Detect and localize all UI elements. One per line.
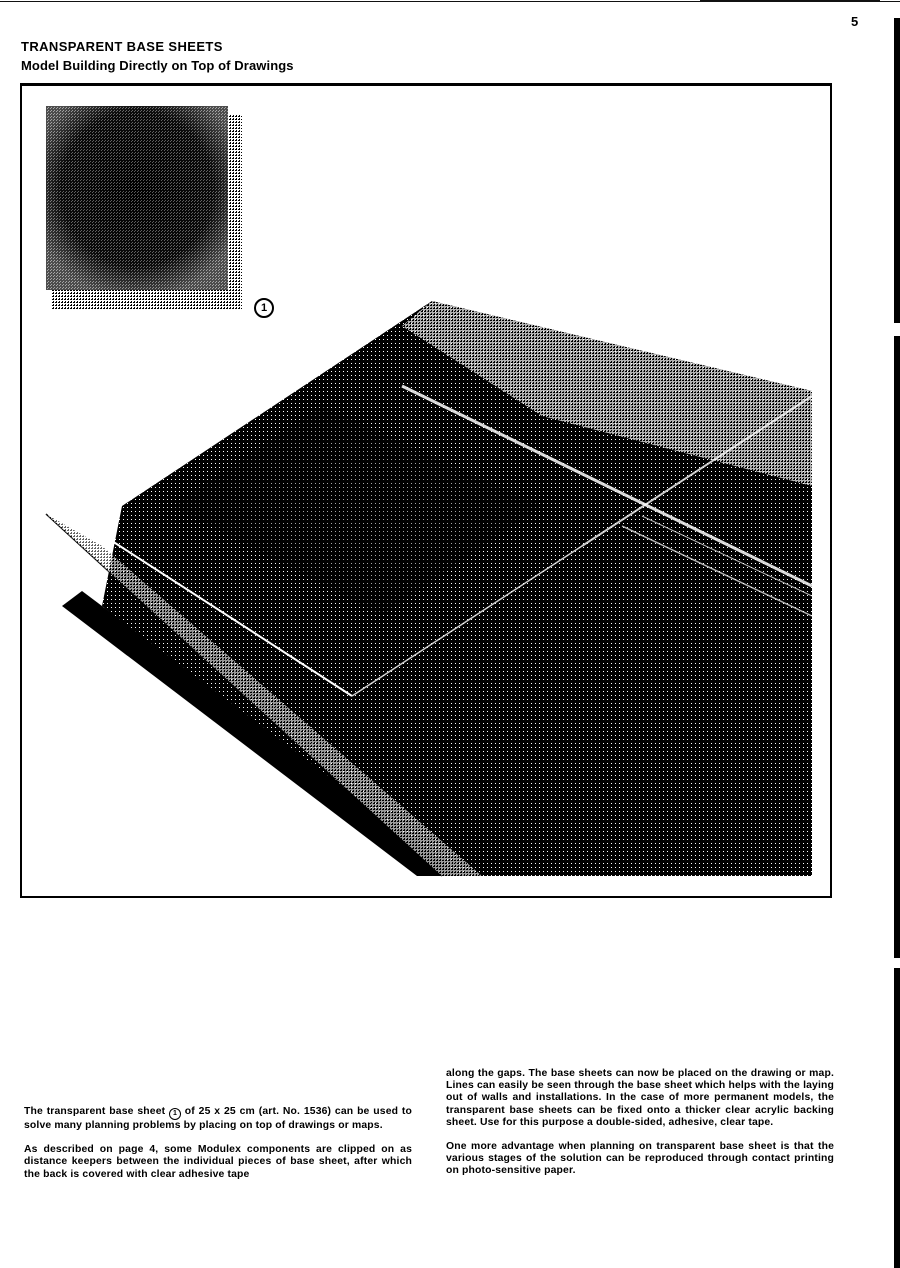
page-number: 5 <box>851 14 858 29</box>
edge-bar <box>894 18 900 323</box>
body-column-left: The transparent base sheet 1 of 25 x 25 … <box>24 1106 412 1193</box>
inset-base-sheet <box>46 106 242 310</box>
paragraph: As described on page 4, some Modulex com… <box>24 1144 412 1181</box>
edge-bar <box>894 968 900 1268</box>
figure-photo: 1 <box>20 83 832 898</box>
section-title: TRANSPARENT BASE SHEETS <box>21 39 223 54</box>
paragraph: The transparent base sheet 1 of 25 x 25 … <box>24 1106 412 1132</box>
top-rule-accent <box>700 0 880 2</box>
edge-bar <box>894 336 900 958</box>
callout-marker: 1 <box>254 298 274 318</box>
section-subtitle: Model Building Directly on Top of Drawin… <box>21 58 294 73</box>
paragraph: along the gaps. The base sheets can now … <box>446 1068 834 1129</box>
body-column-right: along the gaps. The base sheets can now … <box>446 1068 834 1190</box>
paragraph-text: The transparent base sheet <box>24 1106 169 1117</box>
paragraph: One more advantage when planning on tran… <box>446 1141 834 1178</box>
halftone-photo <box>22 86 830 896</box>
reference-marker: 1 <box>169 1108 181 1120</box>
